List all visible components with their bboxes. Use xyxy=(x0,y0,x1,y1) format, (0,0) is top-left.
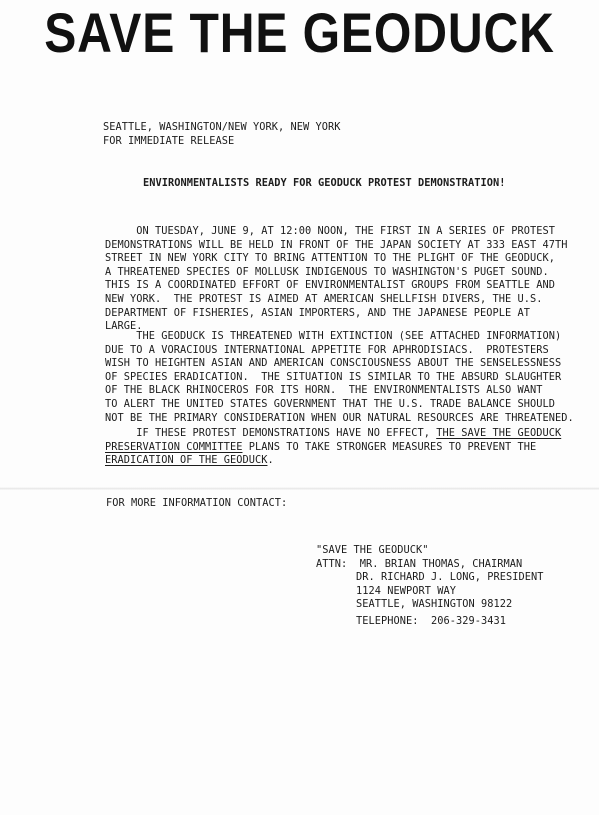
dateline-location: SEATTLE, WASHINGTON/NEW YORK, NEW YORK xyxy=(103,121,340,133)
paragraph-line: DEMONSTRATIONS WILL BE HELD IN FRONT OF … xyxy=(105,239,567,251)
contact-city: SEATTLE, WASHINGTON 98122 xyxy=(316,598,543,612)
paragraph-line: DUE TO A VORACIOUS INTERNATIONAL APPETIT… xyxy=(105,344,549,356)
contact-telephone: TELEPHONE: 206-329-3431 xyxy=(356,615,506,629)
contact-street: 1124 NEWPORT WAY xyxy=(316,585,543,599)
paragraph-line: A THREATENED SPECIES OF MOLLUSK INDIGENO… xyxy=(105,266,549,278)
dateline: SEATTLE, WASHINGTON/NEW YORK, NEW YORK F… xyxy=(103,121,340,148)
paragraph-line: OF SPECIES ERADICATION. THE SITUATION IS… xyxy=(105,371,561,383)
paragraph-line: THE GEODUCK IS THREATENED WITH EXTINCTIO… xyxy=(105,330,561,342)
paragraph-line: OF THE BLACK RHINOCEROS FOR ITS HORN. TH… xyxy=(105,384,542,396)
release-headline: ENVIRONMENTALISTS READY FOR GEODUCK PROT… xyxy=(143,177,505,191)
telephone-label: TELEPHONE: xyxy=(356,615,431,627)
paragraph-line: ON TUESDAY, JUNE 9, AT 12:00 NOON, THE F… xyxy=(105,225,555,237)
telephone-number: 206-329-3431 xyxy=(431,615,506,627)
paragraph-3: IF THESE PROTEST DEMONSTRATIONS HAVE NO … xyxy=(105,427,561,468)
underlined-text: THE SAVE THE GEODUCK xyxy=(436,427,561,439)
paragraph-line: STREET IN NEW YORK CITY TO BRING ATTENTI… xyxy=(105,252,555,264)
paragraph-text: IF THESE PROTEST DEMONSTRATIONS HAVE NO … xyxy=(105,427,436,439)
paragraph-text: . xyxy=(267,454,273,466)
attn-label: ATTN: xyxy=(316,558,360,570)
paragraph-text: PLANS TO TAKE STRONGER MEASURES TO PREVE… xyxy=(242,441,536,453)
contact-label: FOR MORE INFORMATION CONTACT: xyxy=(106,497,287,511)
contact-block: "SAVE THE GEODUCK" ATTN: MR. BRIAN THOMA… xyxy=(316,544,543,612)
paragraph-line: THIS IS A COORDINATED EFFORT OF ENVIRONM… xyxy=(105,279,555,291)
paragraph-line: DEPARTMENT OF FISHERIES, ASIAN IMPORTERS… xyxy=(105,307,530,319)
paper-fold-line xyxy=(0,487,599,490)
paragraph-line: WISH TO HEIGHTEN ASIAN AND AMERICAN CONS… xyxy=(105,357,561,369)
paragraph-line: NOT BE THE PRIMARY CONSIDERATION WHEN OU… xyxy=(105,412,574,424)
paragraph-1: ON TUESDAY, JUNE 9, AT 12:00 NOON, THE F… xyxy=(105,225,567,334)
dateline-release: FOR IMMEDIATE RELEASE xyxy=(103,135,234,147)
masthead-title: SAVE THE GEODUCK xyxy=(42,2,557,64)
paragraph-line: TO ALERT THE UNITED STATES GOVERNMENT TH… xyxy=(105,398,555,410)
contact-president: DR. RICHARD J. LONG, PRESIDENT xyxy=(316,571,543,585)
paragraph-2: THE GEODUCK IS THREATENED WITH EXTINCTIO… xyxy=(105,330,574,425)
underlined-text: ERADICATION OF THE GEODUCK xyxy=(105,454,267,466)
paragraph-line: NEW YORK. THE PROTEST IS AIMED AT AMERIC… xyxy=(105,293,542,305)
underlined-text: PRESERVATION COMMITTEE xyxy=(105,441,242,453)
contact-chairman: MR. BRIAN THOMAS, CHAIRMAN xyxy=(360,558,522,570)
contact-organization: "SAVE THE GEODUCK" xyxy=(316,544,429,556)
press-release-page: SAVE THE GEODUCK SEATTLE, WASHINGTON/NEW… xyxy=(0,0,599,815)
